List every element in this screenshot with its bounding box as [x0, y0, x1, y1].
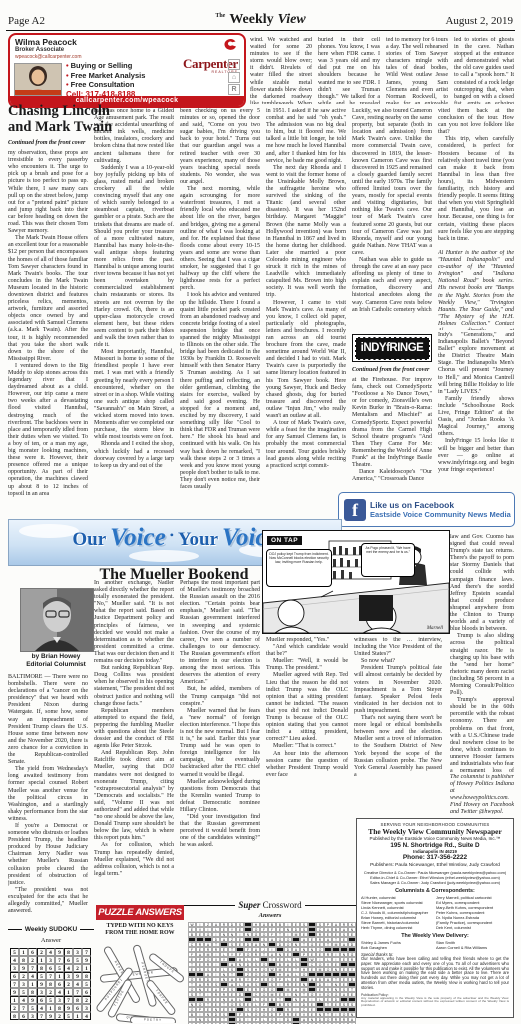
realtor-ad: Wilma Peacock Broker Associate wpeacock@… — [8, 33, 246, 108]
sudoku-grid: 5162498374821376593978654216245713987319… — [10, 948, 91, 1020]
sudoku-cell: 8 — [73, 996, 82, 1004]
sudoku-cell: 2 — [37, 948, 46, 956]
twain-column-5: Luckily, we also toured Cameron Cave, re… — [352, 108, 432, 330]
sudoku-cell: 8 — [64, 948, 73, 956]
indyfringe-logo-box: iNDYfRINGE — [352, 334, 432, 362]
sudoku-cell: 4 — [82, 1012, 91, 1020]
wordfind-answer-word: POETRY — [130, 1016, 176, 1023]
sudoku-cell: 4 — [28, 972, 37, 980]
sudoku-cell: 8 — [37, 964, 46, 972]
sudoku-cell: 1 — [19, 948, 28, 956]
wordfind-answer-word: TROUPE — [148, 952, 184, 984]
sudoku-cell: 2 — [28, 956, 37, 964]
sudoku-cell: 9 — [10, 988, 19, 996]
delivery-header: The Weekly View Delivery: — [361, 933, 509, 939]
sudoku-cell: 6 — [55, 980, 64, 988]
ad-bullet: •Free Market Analysis — [66, 71, 145, 81]
sudoku-cell: 3 — [28, 1012, 37, 1020]
mueller-column-6: law and Gov. Cuomo has signed that could… — [450, 534, 514, 772]
ad-bullet-label: Free Market Analysis — [71, 71, 146, 80]
sudoku-cell: 8 — [46, 980, 55, 988]
masthead-paper-title: The Weekly View Community Newspaper — [361, 827, 509, 836]
newspaper-page: Page A2 The Weekly View August 2, 2019 W… — [0, 0, 521, 1024]
sudoku-title: Weekly SUDOKU — [8, 926, 94, 933]
sudoku-cell: 5 — [55, 964, 64, 972]
columnists-header: Columnists & Correspondents: — [361, 888, 509, 894]
voice-word-our: Our — [72, 529, 106, 550]
agent-photo — [14, 63, 62, 96]
article-mini-column-4: led to stories of ghosts in the cave. Na… — [454, 37, 514, 104]
sudoku-cell: 6 — [46, 964, 55, 972]
sudoku-cell: 7 — [37, 1012, 46, 1020]
realtor-association-icons: ⌂ ⌂ R — [228, 59, 240, 97]
ad-bullet-list: •Buying or Selling •Free Market Analysis… — [66, 61, 145, 90]
facebook-icon: f — [344, 499, 366, 521]
delivery-lists: Shirley & James FuchsBob Gavaghen Stan S… — [361, 940, 509, 950]
twain-column-1: Continued from the front cover my observ… — [8, 138, 88, 516]
voice-word-your: Your — [178, 529, 218, 550]
facebook-line-1: Like us on Facebook — [370, 500, 511, 510]
sudoku-cell: 8 — [10, 1012, 19, 1020]
columnists-right: Jerry Marnell, political cartoonistEd My… — [436, 895, 509, 930]
twain-column-6: vited them back at the conclusion of the… — [438, 108, 514, 248]
indyfringe-logo: iNDYfRINGE — [355, 337, 430, 360]
sudoku-cell: 5 — [10, 948, 19, 956]
list-item: Aaron Cornell & Rita Williams — [436, 945, 509, 950]
masthead-info-box: SERVING YOUR NEIGHBORHOOD COMMUNITIES Th… — [356, 818, 514, 1018]
sudoku-cell: 3 — [46, 956, 55, 964]
facebook-banner: f Like us on Facebook Eastside Voice Com… — [338, 492, 515, 527]
sudoku-cell: 2 — [64, 980, 73, 988]
sudoku-cell: 4 — [64, 964, 73, 972]
sudoku-cell: 6 — [64, 956, 73, 964]
list-item: Deb Kent, columnist — [436, 925, 509, 930]
sudoku-cell: 7 — [10, 980, 19, 988]
wordfind-title-line1: TYPED WITH NO KEYS — [92, 923, 188, 930]
sudoku-cell: 7 — [64, 996, 73, 1004]
sudoku-cell: 1 — [46, 1004, 55, 1012]
cartoon-speech-bubble-1: DOJ policy kept Trump from indictment. N… — [266, 549, 332, 587]
sudoku-cell: 3 — [64, 972, 73, 980]
cartoon-speech-bubble-2: As Pogo phrased it, "We have met the ene… — [361, 543, 415, 577]
address-line-1: 195 N. Shortridge Rd., Suite D — [361, 842, 509, 849]
sudoku-cell: 4 — [46, 948, 55, 956]
masthead-weekly: Weekly — [229, 12, 273, 27]
mueller-tagline: The columnist is publisher of Howey Poli… — [450, 774, 514, 814]
phone-line: Phone: 317-356-2222 — [361, 854, 509, 861]
editorial-cartoon: ON TAP DOJ policy kept Trump from indict… — [262, 530, 450, 634]
continued-from-line: Continued from the front cover — [352, 367, 432, 374]
sudoku-cell: 5 — [37, 972, 46, 980]
delivery-left: Shirley & James FuchsBob Gavaghen — [361, 940, 434, 950]
equal-housing-icon: ⌂ — [228, 72, 240, 83]
sudoku-cell: 7 — [73, 988, 82, 996]
ad-bullet-label: Buying or Selling — [71, 61, 133, 70]
sudoku-cell: 9 — [19, 964, 28, 972]
columnists-lists: Al Hunter, columnistSteve Nicewanger, sp… — [361, 895, 509, 930]
masthead-view: View — [278, 12, 306, 27]
twain-column-2: that was once home to a Gilded Age amuse… — [94, 108, 174, 516]
indyfringe-column-6: Indy's "Generations," and Indianapolis B… — [438, 332, 514, 490]
list-item: Sales Manager & Co-Owner: Judy Crawford … — [361, 880, 509, 885]
sudoku-cell: 7 — [82, 948, 91, 956]
crossword-title: Super Crossword — [184, 900, 356, 910]
sudoku-cell: 9 — [82, 956, 91, 964]
wordfind-answer-graphic: TYPEWRITERREPERTOIREPIROUETTEPOTPOURRITO… — [96, 941, 184, 1023]
facebook-line-2: Eastside Voice Community News Media — [370, 510, 511, 519]
newspaper-masthead: The Weekly View — [6, 10, 515, 28]
sudoku-cell: 1 — [28, 980, 37, 988]
delivery-right: Stan SmithAaron Cornell & Rita Williams — [436, 940, 509, 950]
page-header: Page A2 The Weekly View August 2, 2019 — [6, 8, 515, 31]
bullet-icon: • — [66, 71, 69, 80]
mueller-column-5: witnesses to the … interview, including … — [354, 637, 442, 813]
sudoku-cell: 8 — [28, 988, 37, 996]
sudoku-cell: 3 — [37, 988, 46, 996]
sudoku-cell: 4 — [10, 956, 19, 964]
sudoku-cell: 1 — [64, 988, 73, 996]
sudoku-cell: 9 — [64, 1004, 73, 1012]
columnist-portrait-image — [21, 589, 93, 651]
puzzle-answers-banner: PUZZLE ANSWERS — [96, 905, 184, 920]
wordfind-title-line2: FROM THE HOME ROW — [92, 930, 188, 937]
sudoku-cell: 3 — [19, 980, 28, 988]
list-item: Bob Gavaghen — [361, 945, 434, 950]
twain-column-1-text: my observation, these props are irresist… — [8, 150, 88, 498]
ad-bullet: •Free Consultation — [66, 80, 145, 90]
thanks-paragraph: Our readers, who have been calling and t… — [361, 957, 509, 991]
sudoku-cell: 2 — [82, 996, 91, 1004]
twain-column-3: been checking on us every 5 minutes or s… — [180, 108, 260, 516]
bullet-icon: • — [66, 61, 69, 70]
ad-agent-email: wpeacock@callcarpenter.com — [15, 54, 82, 60]
voice-dot-separator: • — [170, 528, 174, 542]
published-by-line: Published by the Eastside Voice Communit… — [361, 836, 509, 841]
sudoku-cell: 5 — [64, 1012, 73, 1020]
cartoon-title-label: ON TAP — [267, 536, 302, 545]
sudoku-cell: 6 — [82, 988, 91, 996]
sudoku-cell: 4 — [73, 980, 82, 988]
masthead-the: The — [215, 13, 225, 19]
ad-agent-title: Broker Associate — [15, 47, 64, 53]
sudoku-cell: 6 — [10, 972, 19, 980]
sudoku-cell: 3 — [73, 948, 82, 956]
sudoku-cell: 9 — [28, 996, 37, 1004]
sudoku-cell: 9 — [46, 1012, 55, 1020]
article-mini-column-1: wind. We watched and waited for some 20 … — [250, 37, 312, 104]
mueller-column-2: In another exchange, Nadler asked direct… — [94, 580, 174, 904]
article-mini-column-3: ted to memory for 6 tours a day. The wel… — [386, 37, 448, 104]
sudoku-cell: 2 — [46, 988, 55, 996]
sudoku-cell: 6 — [19, 1012, 28, 1020]
sudoku-cell: 4 — [19, 996, 28, 1004]
ad-bullet: •Buying or Selling — [66, 61, 145, 71]
sudoku-cell: 5 — [28, 1004, 37, 1012]
sudoku-cell: 7 — [28, 964, 37, 972]
sudoku-cell: 3 — [82, 1004, 91, 1012]
sudoku-cell: 5 — [82, 980, 91, 988]
list-item: Herb Thyme, dining columnist — [361, 925, 434, 930]
house-icon: ⌂ — [228, 59, 240, 70]
ad-bullet-label: Free Consultation — [71, 80, 135, 89]
byline-name: by Brian Howey — [8, 653, 104, 661]
policy-paragraph: Any material appearing in the Weekly Vie… — [361, 997, 509, 1008]
sudoku-cell: 8 — [55, 1004, 64, 1012]
sudoku-cell: 4 — [37, 1004, 46, 1012]
agent-portrait-image — [15, 64, 61, 95]
sudoku-cell: 8 — [19, 956, 28, 964]
twain-column-4: in 1951. I asked if he saw active combat… — [266, 108, 346, 516]
mueller-column-4: Mueller responded, "Yes.""And which cand… — [266, 637, 348, 909]
sudoku-cell: 6 — [73, 1004, 82, 1012]
crossword-answers-label: Answers — [184, 912, 356, 919]
indyfringe-column-5: at the Firehouse. For improv fans, check… — [352, 377, 432, 490]
crossword-grid: WIZARDSHUBBIESSPARKEVILEYEOFFENDSCUBANBE… — [188, 922, 356, 1024]
sudoku-cell: 3 — [55, 996, 64, 1004]
sudoku-cell: 3 — [10, 964, 19, 972]
sudoku-cell: 1 — [10, 996, 19, 1004]
indyfringe-continued: Continued from the front cover — [352, 365, 432, 377]
sudoku-cell: 9 — [73, 972, 82, 980]
sudoku-cell: 2 — [73, 964, 82, 972]
wordfind-title: TYPED WITH NO KEYS FROM THE HOME ROW — [92, 923, 188, 937]
sudoku-cell: 7 — [46, 972, 55, 980]
columnists-left: Al Hunter, columnistSteve Nicewanger, sp… — [361, 895, 434, 930]
sudoku-answer-label: Answer — [8, 937, 94, 944]
sudoku-cell: 8 — [82, 972, 91, 980]
sudoku-cell: 9 — [55, 948, 64, 956]
sudoku-cell: 9 — [37, 980, 46, 988]
publishers-line: Publishers: Paula Nicewanger, Ethel Wins… — [361, 863, 509, 868]
mueller-column-3: Perhaps the most important part of Muell… — [180, 580, 260, 896]
bullet-icon: • — [66, 80, 69, 89]
facebook-banner-text: Like us on Facebook Eastside Voice Commu… — [370, 500, 511, 519]
sudoku-cell: 7 — [55, 956, 64, 964]
sudoku-cell: 7 — [19, 1004, 28, 1012]
sudoku-cell: 5 — [73, 956, 82, 964]
realtor-r-icon: R — [228, 84, 240, 95]
crossword-title-word: Crossword — [263, 900, 302, 910]
carpenter-swoosh-icon — [222, 37, 238, 51]
mueller-column-1: BALTIMORE — There were no bombshells. Th… — [8, 674, 88, 914]
staff-lines: Creative Director & Co-Owner: Paula Nice… — [361, 870, 509, 885]
byline-title: Editorial Columnist — [8, 661, 104, 669]
columnist-photo — [20, 588, 94, 652]
continued-from-line: Continued from the front cover — [8, 140, 88, 147]
cartoonist-signature: Marnell — [427, 626, 443, 631]
sudoku-cell: 6 — [28, 948, 37, 956]
sudoku-cell: 5 — [19, 988, 28, 996]
sudoku-cell: 1 — [82, 964, 91, 972]
voice-word-voice1: Voice — [110, 524, 166, 551]
ad-agent-name: Wilma Peacock — [15, 37, 77, 47]
sudoku-cell: 2 — [19, 972, 28, 980]
sudoku-cell: 5 — [46, 996, 55, 1004]
article-mini-column-2: buried in their cell phones. You know, I… — [318, 37, 380, 104]
twain-author-bio: Al Hunter is the author of the "Haunted … — [438, 250, 514, 330]
crossword-title-super: Super — [238, 900, 260, 910]
sudoku-cell: 6 — [37, 996, 46, 1004]
sudoku-cell: 2 — [10, 1004, 19, 1012]
sudoku-cell: 1 — [37, 956, 46, 964]
issue-date: August 2, 2019 — [445, 15, 513, 27]
sudoku-cell: 1 — [55, 972, 64, 980]
sudoku-cell: 1 — [73, 1012, 82, 1020]
sudoku-cell: 4 — [55, 988, 64, 996]
columnist-byline: by Brian Howey Editorial Columnist — [8, 653, 104, 669]
sudoku-cell: 2 — [55, 1012, 64, 1020]
